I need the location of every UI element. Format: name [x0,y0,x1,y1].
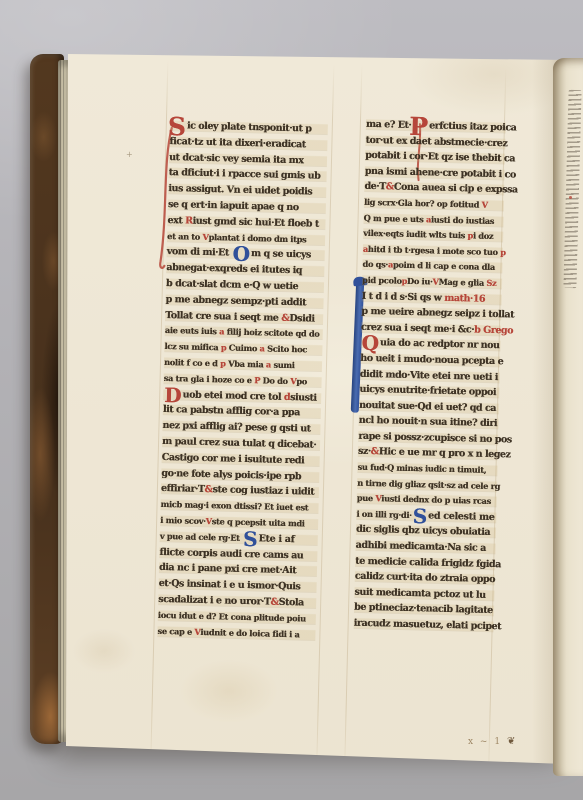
text-run: siusti [290,392,317,404]
text-run: se cap e [157,625,194,636]
illuminated-initial: D [164,390,182,398]
illuminated-initial: O [232,250,250,258]
text-run: iocu idut e d? Et cona plitude poiu [158,610,306,624]
text-run: m q se uicys [251,248,311,260]
text-run: i mio scov· [160,515,206,526]
text-run: de·T [364,181,386,193]
text-run: i doz [473,231,494,241]
text-run: filij hoiz scitote qd do [224,327,320,339]
text-run: iust gmd sic hui·Et floeb t [192,215,318,229]
folio-stamp: ❦ [507,736,515,747]
text-run: ius assigut. Vn ei uidet poidis [168,183,312,198]
text-run: rape si possz·zcupisce si no pos [358,431,512,446]
photo-backdrop: Sic oley plate tnsponit·ut pficat·tz ut … [0,0,583,800]
text-column-left: Sic oley plate tnsponit·ut pficat·tz ut … [157,118,328,643]
text-run: Castigo cor me i isuitute redi [162,452,305,466]
text-run: aie euts iuis [165,325,220,336]
illuminated-initial: Q [361,339,379,347]
text-run: effiriar·T [161,483,205,495]
text-run: et an to [167,231,203,242]
text-run: Ete i af [258,533,294,545]
text-run: Vba mia [225,358,266,369]
text-run: poim d li cap e cona dla [393,260,495,272]
text-run: uicys enutrite·frietate oppoi [359,384,496,398]
text-run: lcz su mifica [164,341,221,352]
text-line: se cap e Viudnit e do loica fidi i a [157,623,315,643]
text-run: & [204,484,212,495]
text-run: p [500,247,506,257]
text-run: nouitat sue·Qd ei uet? qd ca [359,399,496,413]
text-run: b Grego [474,324,513,336]
text-run: & [370,446,378,457]
text-run: i on illi rg·di· [356,509,412,520]
illuminated-initial: S [168,123,186,131]
text-run: p me abnegz sempz·pti addit [165,294,306,308]
text-run: plantat i domo dm itps [208,232,306,244]
text-run: ste cog iustiaz i uidit [212,484,314,497]
text-line: iracudz masuetuz, elati pcipet [354,616,494,635]
text-run: math·16 [444,292,485,304]
text-run: iudnit e do loica fidi i a [200,626,299,638]
text-run: te medicie calida frigidz fgida [355,555,501,570]
text-run: iracudz masuetuz, elati pcipet [354,618,502,633]
text-run: Cuimo [226,343,260,354]
text-run: uob etei mod cre tol [182,389,284,402]
text-run: scadalizat i e no uror·T [158,594,270,608]
text-run: micb mag·i exon dtissi? Et iuet est [160,499,308,513]
text-column-right: ma e? Et·Perfctius itaz poicator·ut ex d… [354,117,507,635]
text-run: pid pcolo [362,275,402,286]
text-run: Cona auea si cip e expssa [394,182,518,196]
text-run: erfctius itaz poica [429,120,517,133]
text-run: ed celesti me [428,510,495,523]
facing-page-text [563,90,581,288]
text-run: dia nc i pane pxi cre met·Ait [159,562,296,576]
text-run: V [481,200,487,210]
text-run: ficat·tz ut ita dixeri·eradicat [169,136,305,150]
text-run: iusti dednx do p uias rcas [381,494,491,507]
text-run: ma e? Et· [366,119,412,131]
text-run: b dcat·slat dcm e·Q w uetie [166,278,298,292]
text-run: ho ueit i mudo·noua pcepta e [360,353,503,367]
facing-page-edge [553,58,583,776]
text-run: sz· [358,446,371,457]
text-run: n tirne dig gliaz qsit·sz ad cele rg [357,477,500,490]
text-run: pna ismi ahene·cre potabit i co [365,166,516,181]
text-run: lit ca pabstn afflig cor·a ppa [163,404,300,418]
text-run: Hic e ue mr q pro x n legez [379,447,511,461]
text-run: m paul crez sua tulat q dicebat· [162,436,316,451]
manuscript-page: Sic oley plate tnsponit·ut pficat·tz ut … [64,46,566,776]
text-run: Mag e glia [438,277,486,288]
text-run: Scito hoc [264,344,307,355]
text-run: flicte corpis audi cre cams au [159,546,303,561]
folio-mark: x ~ 1 ❦ [468,736,515,747]
text-run: Q m pue e uts [364,212,427,224]
folio-mark-text: x ~ 1 [468,737,502,747]
text-run: tor·ut ex daet abstmecie·crez [365,134,507,148]
text-run: iusti do iustias [431,214,494,226]
text-run: ta dficiut·i i rpacce sui gmis ub [169,167,321,182]
text-run: potabit i cor·Et qz ise thebit ca [365,150,515,165]
text-run: se q ert·in iapuit apae q no [168,199,299,213]
text-run: do qs· [362,259,388,270]
facing-page-rubric-dot [569,196,572,199]
text-run: ic oley plate tnsponit·ut p [187,120,312,134]
text-run: pue [357,493,376,503]
illuminated-initial: S [243,535,258,543]
prick-mark: + [126,150,133,159]
text-run: ste q pcepsit uita mdi [212,516,305,528]
text-run: uia do ac redptor nr nou [380,338,500,352]
text-run: abnegat·exqreds ei itutes iq [166,262,302,276]
text-run: didit mdo·Vite etei nre ueti i [360,368,498,382]
text-run: Stola [278,597,303,609]
text-run: sumi [271,359,295,370]
text-run: nolit f co e d [164,357,220,368]
text-run: ncl ho nouit·n sua itine? diri [359,415,498,429]
text-run: vilex·eqts iudit wlts tuis [363,228,467,241]
text-run: Dsidi [289,313,314,325]
text-run: hitd i tb t·rgesa i mote sco tuo [368,244,501,257]
text-run: I t d i d s·Si qs w [362,290,445,303]
text-run: go·ne fote alys poicis·ipe rpb [161,467,301,481]
illuminated-initial: S [413,512,428,520]
text-run: Tollat cre sua i seqt me [165,310,281,324]
text-run: ut dcat·sic vey semia ita mx [169,152,304,166]
text-run: lig scrx·Gla hor? op fotitud [364,197,482,210]
text-run: Do iu· [407,276,433,287]
text-run: v pue ad cele rg·Et [160,531,243,543]
text-run: Sz [486,278,496,288]
text-run: dic siglis qbz uicys obuiatia [356,524,490,538]
illuminated-initial: P [409,123,428,131]
text-run: be ptineciaz·tenacib lagitate [354,602,493,616]
text-run: vom di mi·Et [167,246,232,259]
text-run: suit medicamta pctoz ut lu [354,586,485,600]
text-run: et·Qs insinat i e u ismor·Quis [158,578,300,592]
text-run: adhibi medicamta·Na sic a [355,540,485,554]
text-run: ext [167,215,185,226]
text-run: calidz curt·ita do ztraia oppo [355,571,495,585]
text-run: po [296,376,307,386]
text-run: nez pxi afflig ai? pese g qsti ut [162,420,310,435]
text-run: Do do [260,375,290,386]
text-run: su fud·Q minas iudic n timuit, [357,462,486,475]
text-run: p me ueire abnegz seipz i tollat [361,306,514,321]
